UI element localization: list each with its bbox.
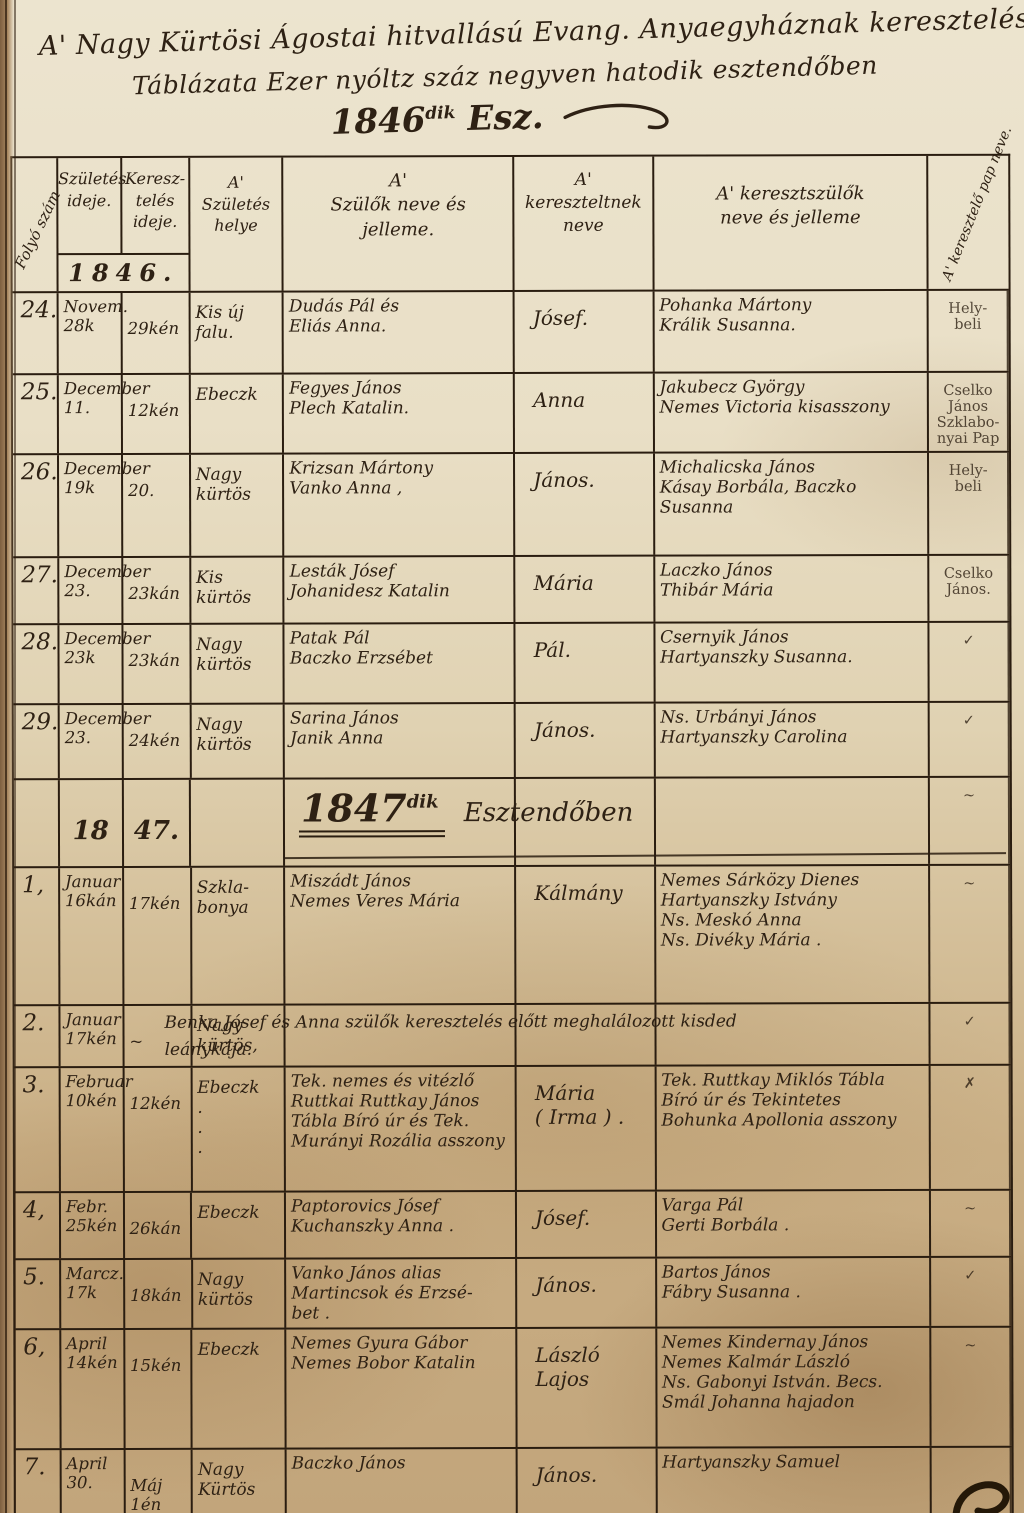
- row-number: 24.: [13, 293, 59, 373]
- row-number: 1,: [14, 868, 60, 1004]
- priest-cell: Hely- beli: [929, 453, 1009, 554]
- header-year-1846: 1846.: [58, 253, 188, 291]
- cross-column-note: Benka Jósef és Anna szülők keresztelés e…: [164, 1008, 824, 1064]
- birthplace-cell: Nagy kürtös: [193, 1260, 287, 1328]
- godparents-cell: Bartos János Fábry Susanna .: [657, 1258, 932, 1327]
- priest-cell: ✗: [931, 1066, 1011, 1189]
- birthplace-cell: Kis új falu.: [190, 293, 284, 373]
- priest-cell: ~: [931, 1191, 1011, 1256]
- godparents-cell: [655, 778, 930, 865]
- birth-date-cell: Marcz. 17k: [61, 1260, 125, 1328]
- priest-cell: Cselko János.: [930, 556, 1010, 621]
- baptism-date-cell: 24kén: [124, 705, 192, 778]
- title-year-rest: Esz.: [467, 97, 544, 139]
- row-number: 25.: [13, 375, 59, 453]
- godparents-cell: Hartyanszky Samuel: [657, 1448, 932, 1513]
- baptism-date-cell: 20.: [123, 455, 191, 556]
- birthplace-cell: Szkla- bonya: [192, 868, 286, 1004]
- baptism-date-cell: 12kén: [123, 375, 191, 453]
- table-body: 24. Novem. 28k 29kén Kis új falu. Dudás …: [13, 291, 1012, 1513]
- birth-date-cell: December 11.: [59, 375, 123, 453]
- row-number: 7.: [16, 1450, 62, 1513]
- header-running-number-label: Folyó szám: [10, 197, 60, 272]
- birth-date-cell: April 14kén: [61, 1330, 125, 1448]
- birthplace-cell: Ebeczk: [193, 1330, 287, 1448]
- birth-date-cell: December 23.: [59, 558, 123, 623]
- table-row: 6, April 14kén 15kén Ebeczk Nemes Gyura …: [15, 1328, 1011, 1451]
- baptism-date-cell: 15kén: [125, 1330, 193, 1448]
- birth-date-cell: Februar 10kén: [60, 1068, 124, 1191]
- godparents-cell: Jakubecz György Nemes Victoria kisasszon…: [654, 373, 929, 452]
- priest-cell: ✓: [931, 1258, 1011, 1326]
- header-baptized-name: A' kereszteltnek neve: [515, 157, 655, 290]
- table-row: 4, Febr. 25kén 26kán Ebeczk Paptorovics …: [15, 1191, 1011, 1261]
- birthplace-cell: Ebeczk: [192, 1193, 286, 1258]
- table-row: 1, Januar 16kán 17kén Szkla- bonya Miszá…: [14, 866, 1010, 1007]
- row-number: 28.: [13, 625, 59, 703]
- row-number: 4,: [15, 1193, 61, 1258]
- birthplace-cell: Kis kürtös: [191, 558, 285, 623]
- birthplace-cell: Ebeczk . . .: [192, 1068, 286, 1191]
- birthplace-cell: [191, 780, 285, 866]
- header-godparents: A' keresztszülők neve és jelleme: [654, 156, 929, 290]
- parents-cell: Krizsan Mártony Vanko Anna ,: [284, 454, 515, 556]
- header-priest-label: A' keresztelő pap neve.: [939, 175, 997, 284]
- page-margin-line: [5, 0, 7, 1513]
- header-priest: A' keresztelő pap neve.: [929, 156, 1009, 289]
- header-birth-date: Születés ideje.: [58, 158, 122, 253]
- row-number: 29.: [14, 705, 60, 778]
- parents-cell: Sarina János Janik Anna: [285, 704, 516, 778]
- priest-cell: Hely- beli: [929, 291, 1009, 371]
- birth-date-cell: Januar 16kán: [60, 868, 124, 1004]
- birth-date-cell: December 23k: [59, 625, 123, 703]
- row-number: 3.: [15, 1068, 61, 1191]
- godparents-cell: Michalicska János Kásay Borbála, Baczko …: [655, 453, 930, 555]
- row-number: 6,: [15, 1330, 61, 1448]
- parents-cell: Nemes Gyura Gábor Nemes Bobor Katalin: [286, 1329, 517, 1448]
- header-running-number: Folyó szám: [12, 158, 58, 291]
- baptized-name-cell: Pál.: [516, 624, 656, 702]
- baptized-name-cell: Anna: [515, 374, 655, 452]
- baptism-date-cell: 18kán: [125, 1260, 193, 1328]
- row-number: 2.: [14, 1006, 60, 1066]
- baptism-date-cell: 23kán: [123, 625, 191, 703]
- parents-cell: Miszádt János Nemes Veres Mária: [285, 867, 516, 1004]
- title-year: 1846: [330, 100, 426, 143]
- priest-cell: Cselko János Szklabo- nyai Pap: [929, 373, 1009, 451]
- table-row: 2. Januar 17kén ~ Nagy kürtös, ✓ Benka J…: [14, 1004, 1010, 1069]
- ink-blot: [948, 1475, 1018, 1513]
- baptized-name-cell: János.: [517, 1259, 657, 1327]
- priest-cell: ✓: [930, 623, 1010, 701]
- birthplace-cell: Nagy kürtös: [191, 705, 285, 778]
- table-row: 28. December 23k 23kán Nagy kürtös Patak…: [13, 623, 1009, 706]
- baptism-date-cell: 23kán: [123, 558, 191, 623]
- parents-cell: Tek. nemes és vitézlő Ruttkai Ruttkay Já…: [286, 1067, 517, 1191]
- baptized-name-cell: Jósef.: [515, 292, 655, 372]
- ink-flourish: [561, 98, 682, 135]
- year-divider-row: 18 47. ~ 1847dik Esztendőben: [14, 778, 1010, 869]
- year-heading: 1847dik Esztendőben: [299, 785, 634, 831]
- parents-cell: Dudás Pál és Eliás Anna.: [284, 292, 515, 373]
- baptism-date-cell: Máj 1én: [125, 1450, 193, 1513]
- baptized-name-cell: János.: [515, 454, 655, 555]
- table-row: 5. Marcz. 17k 18kán Nagy kürtös Vanko Já…: [15, 1258, 1011, 1331]
- table-row: 26. December 19k 20. Nagy kürtös Krizsan…: [13, 453, 1009, 559]
- table-row: 3. Februar 10kén 12kén Ebeczk . . . Tek.…: [15, 1066, 1011, 1194]
- row-number: 5.: [15, 1260, 61, 1328]
- godparents-cell: Ns. Urbányi János Hartyanszky Carolina: [655, 703, 930, 777]
- table-row: 25. December 11. 12kén Ebeczk Fegyes Ján…: [13, 373, 1009, 456]
- parents-cell: Vanko János alias Martincsok és Erzsé- b…: [286, 1259, 517, 1328]
- godparents-cell: Tek. Ruttkay Miklós Tábla Bíró úr és Tek…: [656, 1066, 931, 1190]
- godparents-cell: Nemes Kindernay János Nemes Kalmár Lászl…: [657, 1328, 932, 1447]
- priest-cell: ~: [930, 778, 1010, 864]
- header-birthplace: A' Születés helye: [190, 158, 284, 291]
- header-parents: A' Szülők neve és jelleme.: [284, 157, 515, 291]
- row-number: [14, 780, 60, 866]
- table-row: 24. Novem. 28k 29kén Kis új falu. Dudás …: [13, 291, 1009, 376]
- header-dates-top: Születés ideje. Keresz- telés ideje.: [58, 158, 188, 253]
- header-baptism-date: Keresz- telés ideje.: [122, 158, 188, 253]
- row-number: 27.: [13, 558, 59, 623]
- year-heading-number: 1847dik: [299, 785, 445, 837]
- title-year-suffix: dik: [425, 103, 456, 124]
- year-left-cell: 18: [60, 780, 124, 866]
- godparents-cell: Laczko János Thibár Mária: [655, 556, 930, 622]
- baptized-name-cell: Kálmány: [516, 867, 656, 1003]
- baptismal-register-page: A' Nagy Kürtösi Ágostai hitvallású Evang…: [0, 0, 1024, 1513]
- year-right-cell: 47.: [123, 780, 191, 866]
- row-number: 26.: [13, 455, 59, 556]
- godparents-cell: Csernyik János Hartyanszky Susanna.: [655, 623, 930, 702]
- priest-cell: ✓: [931, 1004, 1011, 1064]
- birthplace-cell: Ebeczk: [191, 375, 285, 453]
- baptism-date-cell: 17kén: [124, 868, 192, 1004]
- parents-cell: Patak Pál Baczko Erzsébet: [285, 624, 516, 703]
- godparents-cell: Nemes Sárközy Dienes Hartyanszky Istvány…: [656, 866, 931, 1003]
- baptized-name-cell: Mária: [515, 557, 655, 622]
- baptized-name-cell: Mária ( Irma ) .: [517, 1067, 657, 1190]
- birthplace-cell: Nagy kürtös: [191, 455, 285, 556]
- page-margin-line-inner: [14, 0, 16, 1513]
- birth-date-cell: Novem. 28k: [59, 293, 123, 373]
- baptism-date-cell: 26kán: [125, 1193, 193, 1258]
- godparents-cell: Pohanka Mártony Králik Susanna.: [654, 291, 929, 372]
- birthplace-cell: Nagy Kürtös: [193, 1450, 287, 1513]
- baptism-date-cell: 29kén: [123, 293, 191, 373]
- birth-date-cell: Febr. 25kén: [61, 1193, 125, 1258]
- parents-cell: Fegyes János Plech Katalin.: [284, 374, 515, 453]
- baptized-name-cell: János.: [516, 704, 656, 777]
- priest-cell: ~: [932, 1328, 1012, 1446]
- baptized-name-cell: László Lajos: [517, 1329, 657, 1447]
- birth-date-cell: Januar 17kén: [60, 1006, 124, 1066]
- godparents-cell: Varga Pál Gerti Borbála .: [656, 1191, 931, 1257]
- parents-cell: Paptorovics Jósef Kuchanszky Anna .: [286, 1192, 517, 1258]
- table-header: Folyó szám Születés ideje. Keresz- telés…: [12, 156, 1008, 294]
- table-row: 7. April 30. Máj 1én Nagy Kürtös Baczko …: [16, 1448, 1012, 1513]
- table-row: 29. December 23. 24kén Nagy kürtös Sarin…: [14, 703, 1010, 781]
- birth-date-cell: December 19k: [59, 455, 123, 556]
- header-dates-group: Születés ideje. Keresz- telés ideje. 184…: [58, 158, 190, 291]
- parents-cell: Lesták Jósef Johanidesz Katalin: [285, 557, 516, 623]
- table-row: 27. December 23. 23kán Kis kürtös Lesták…: [13, 556, 1009, 626]
- baptism-date-cell: 12kén: [124, 1068, 192, 1191]
- birth-date-cell: December 23.: [60, 705, 124, 778]
- priest-cell: ~: [930, 866, 1010, 1002]
- baptized-name-cell: János.: [518, 1449, 658, 1513]
- priest-cell: ✓: [930, 703, 1010, 776]
- register-title: A' Nagy Kürtösi Ágostai hitvallású Evang…: [39, 5, 972, 151]
- birthplace-cell: Nagy kürtös: [191, 625, 285, 703]
- parents-cell: Baczko János: [287, 1449, 518, 1513]
- birth-date-cell: April 30.: [61, 1450, 125, 1513]
- baptized-name-cell: Jósef.: [517, 1192, 657, 1257]
- year-heading-word: Esztendőben: [464, 798, 634, 828]
- baptism-table: Folyó szám Születés ideje. Keresz- telés…: [10, 154, 1014, 1513]
